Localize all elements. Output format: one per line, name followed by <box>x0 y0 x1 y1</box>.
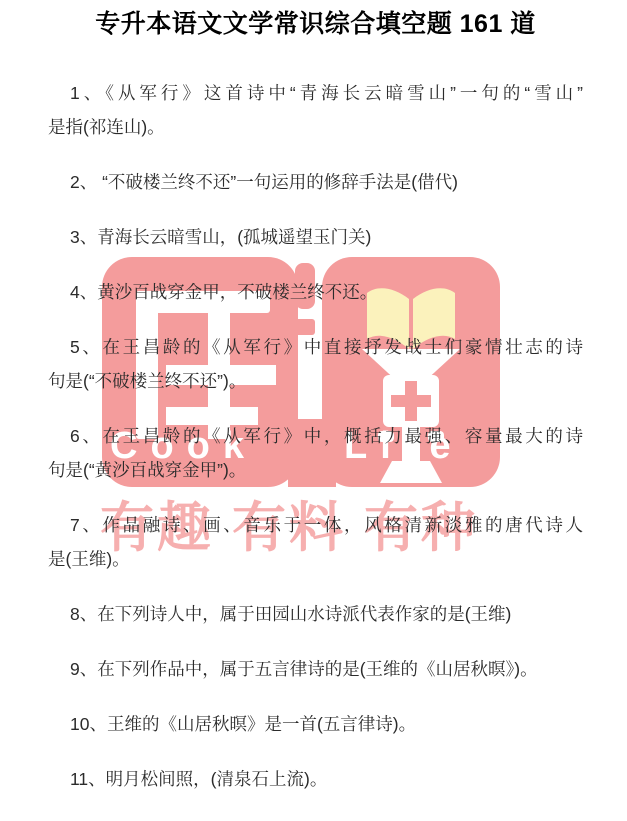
question-line: 5、在王昌龄的《从军行》中直接抒发战士们豪情壮志的诗 <box>48 330 583 364</box>
question-line: 2、 “不破楼兰终不还”一句运用的修辞手法是(借代) <box>48 165 583 199</box>
document-content: 专升本语文文学常识综合填空题 161 道 1、《从军行》这首诗中“青海长云暗雪山… <box>0 0 627 796</box>
question-item-10: 10、王维的《山居秋暝》是一首(五言律诗)。 <box>48 707 583 741</box>
question-item-7: 7、作品融诗、画、音乐于一体，风格清新淡雅的唐代诗人 是(王维)。 <box>48 508 583 576</box>
question-line: 4、黄沙百战穿金甲，不破楼兰终不还。 <box>48 275 583 309</box>
question-line: 句是(“不破楼兰终不还”)。 <box>48 364 583 398</box>
question-line: 6、在王昌龄的《从军行》中，概括力最强、容量最大的诗 <box>48 419 583 453</box>
question-item-8: 8、在下列诗人中，属于田园山水诗派代表作家的是(王维) <box>48 597 583 631</box>
question-line: 1、《从军行》这首诗中“青海长云暗雪山”一句的“雪山” <box>48 76 583 110</box>
question-item-3: 3、青海长云暗雪山，(孤城遥望玉门关) <box>48 220 583 254</box>
question-item-5: 5、在王昌龄的《从军行》中直接抒发战士们豪情壮志的诗 句是(“不破楼兰终不还”)… <box>48 330 583 398</box>
question-line: 10、王维的《山居秋暝》是一首(五言律诗)。 <box>48 707 583 741</box>
question-line: 句是(“黄沙百战穿金甲”)。 <box>48 453 583 487</box>
question-line: 是(王维)。 <box>48 542 583 576</box>
question-item-4: 4、黄沙百战穿金甲，不破楼兰终不还。 <box>48 275 583 309</box>
document-page: Cook Life 有趣 有料 有种 专升本语文文学常识综合填空题 161 道 … <box>0 0 627 821</box>
question-item-2: 2、 “不破楼兰终不还”一句运用的修辞手法是(借代) <box>48 165 583 199</box>
question-item-9: 9、在下列作品中，属于五言律诗的是(王维的《山居秋暝》)。 <box>48 652 583 686</box>
page-title: 专升本语文文学常识综合填空题 161 道 <box>48 8 583 40</box>
question-line: 7、作品融诗、画、音乐于一体，风格清新淡雅的唐代诗人 <box>48 508 583 542</box>
question-line: 9、在下列作品中，属于五言律诗的是(王维的《山居秋暝》)。 <box>48 652 583 686</box>
question-line: 3、青海长云暗雪山，(孤城遥望玉门关) <box>48 220 583 254</box>
question-item-6: 6、在王昌龄的《从军行》中，概括力最强、容量最大的诗 句是(“黄沙百战穿金甲”)… <box>48 419 583 487</box>
question-line: 是指(祁连山)。 <box>48 110 583 144</box>
question-line: 11、明月松间照，(清泉石上流)。 <box>48 762 583 796</box>
question-line: 8、在下列诗人中，属于田园山水诗派代表作家的是(王维) <box>48 597 583 631</box>
question-item-11: 11、明月松间照，(清泉石上流)。 <box>48 762 583 796</box>
question-item-1: 1、《从军行》这首诗中“青海长云暗雪山”一句的“雪山” 是指(祁连山)。 <box>48 76 583 144</box>
